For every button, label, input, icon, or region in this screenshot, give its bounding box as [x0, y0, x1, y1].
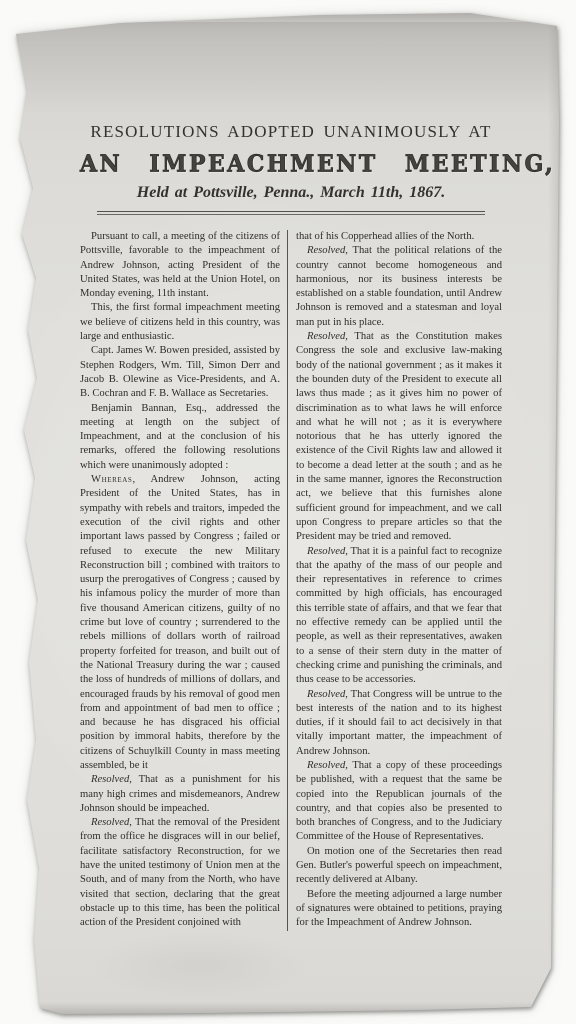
- left-column: Pursuant to call, a meeting of the citiz…: [80, 230, 287, 931]
- paragraph: Resolved, That as a punishment for his m…: [80, 773, 280, 816]
- paragraph: Resolved, That the removal of the Presid…: [80, 816, 280, 930]
- paper-top-tone-band: [0, 22, 576, 114]
- scanned-broadside: RESOLUTIONS ADOPTED UNANIMOUSLY AT AN IM…: [0, 0, 576, 1024]
- paragraph-lead-word: Resolved: [307, 245, 345, 256]
- paragraph: Capt. James W. Bowen presided, assisted …: [80, 344, 280, 401]
- paragraph: Resolved, That the political relations o…: [296, 244, 502, 330]
- paragraph: This, the first formal impeachment meeti…: [80, 301, 280, 344]
- paragraph: Resolved, That as the Constitution makes…: [296, 330, 502, 544]
- paragraph-lead-word: Resolved: [307, 760, 345, 771]
- printed-content: RESOLUTIONS ADOPTED UNANIMOUSLY AT AN IM…: [80, 116, 502, 931]
- paragraph: Whereas, Andrew Johnson, acting Presiden…: [80, 473, 280, 773]
- paragraph: Resolved, That Congress will be untrue t…: [296, 688, 502, 759]
- paragraph: Resolved, That it is a painful fact to r…: [296, 545, 502, 688]
- paper-shadow: RESOLUTIONS ADOPTED UNANIMOUSLY AT AN IM…: [0, 0, 576, 1024]
- title-line-1: RESOLUTIONS ADOPTED UNANIMOUSLY AT: [80, 122, 502, 142]
- paragraph-lead-word: Whereas: [91, 474, 132, 485]
- double-rule-divider: [97, 211, 485, 215]
- paragraph: that of his Copperhead allies of the Nor…: [296, 230, 502, 244]
- title-line-2: AN IMPEACHMENT MEETING,: [80, 150, 502, 177]
- paragraph: On motion one of the Secretaries then re…: [296, 845, 502, 888]
- paragraph-lead-word: Resolved: [307, 689, 345, 700]
- subtitle-date-line: Held at Pottsville, Penna., March 11th, …: [80, 184, 502, 202]
- paragraph-lead-word: Resolved: [307, 331, 345, 342]
- paragraph: Before the meeting adjourned a large num…: [296, 888, 502, 931]
- paper-left-edge-shade: [0, 0, 20, 1024]
- paragraph: Benjamin Bannan, Esq., addressed the mee…: [80, 402, 280, 473]
- right-column: that of his Copperhead allies of the Nor…: [287, 230, 502, 931]
- paragraph-lead-word: Resolved: [91, 817, 129, 828]
- paper-stain: [90, 930, 310, 1000]
- paragraph-lead-word: Resolved: [91, 774, 129, 785]
- paper-bottom-edge-shade: [0, 1002, 576, 1018]
- paragraph: Resolved, That a copy of these proceedin…: [296, 759, 502, 845]
- paragraph: Pursuant to call, a meeting of the citiz…: [80, 230, 280, 301]
- paragraph-lead-word: Resolved: [307, 546, 345, 557]
- two-column-body: Pursuant to call, a meeting of the citiz…: [80, 230, 502, 931]
- paper-sheet: RESOLUTIONS ADOPTED UNANIMOUSLY AT AN IM…: [0, 0, 576, 1024]
